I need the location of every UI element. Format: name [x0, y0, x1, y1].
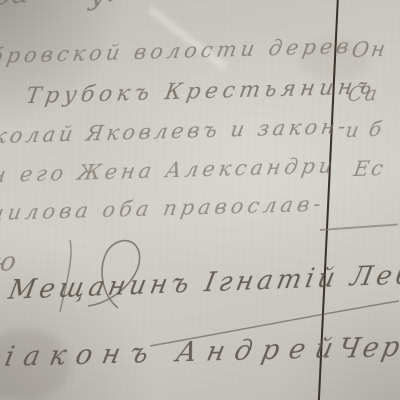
signature-deacon-surname-fragment: Чер: [336, 332, 400, 365]
manuscript-scan: ба у. бровской волости дерев Он Трубокъ …: [0, 0, 400, 400]
